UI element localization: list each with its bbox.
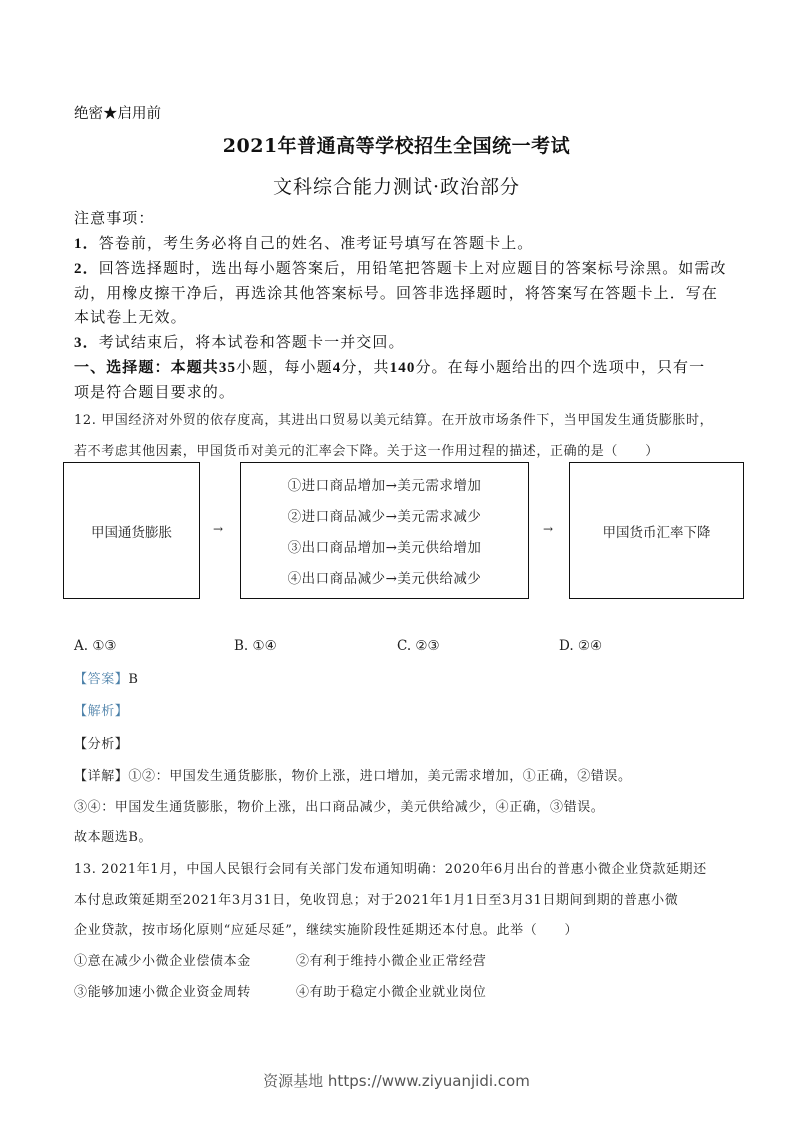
section-heading: 一、选择题：本题共35小题，每小题4分，共140分。在每小题给出的四个选项中，只… [74,356,705,377]
note-text: 答卷前，考生务必将自己的姓名、准考证号填写在答题卡上。 [99,234,534,252]
process-item-2: ②进口商品减少→美元需求减少 [288,505,482,525]
process-item-4: ④出口商品减少→美元供给减少 [288,567,482,587]
q13-stem-line1: 13. 2021年1月，中国人民银行会同有关部门发布通知明确：2020年6月出台… [74,858,707,877]
exam-subtitle: 文科综合能力测试·政治部分 [0,172,793,199]
question-count: 35 [219,360,236,376]
answer-line: 【答案】B [74,668,139,687]
diagram-box-result: 甲国货币汇率下降 [569,462,744,599]
arrow-right-icon: → [213,522,223,536]
q12-stem-line2: 若不考虑其他因素，甲国货币对美元的汇率会下降。关于这一作用过程的描述，正确的是（… [74,440,659,459]
note-number: 3． [74,335,99,351]
q12-stem-line1: 12. 甲国经济对外贸的依存度高，其进出口贸易以美元结算。在开放市场条件下，当甲… [74,409,713,428]
note-text: 回答选择题时，选出每小题答案后，用铅笔把答题卡上对应题目的答案标号涂黑。如需改 [99,259,727,277]
cause-text: 甲国通货膨胀 [91,521,172,541]
note-item-2-cont2: 本试卷上无效。 [74,306,187,327]
conclusion: 故本题选B。 [74,826,152,845]
option-a: A. ①③ [74,638,117,654]
answer-tag: 【答案】 [74,672,128,687]
answer-value: B [128,672,138,687]
analysis-tag: 【解析】 [74,700,128,719]
section-text: 小题，每小题 [236,358,333,376]
section-heading-cont: 项是符合题目要求的。 [74,381,235,402]
diagram-box-process: ①进口商品增加→美元需求增加 ②进口商品减少→美元需求减少 ③出口商品增加→美元… [240,462,529,599]
note-item-1: 1．答卷前，考生务必将自己的姓名、准考证号填写在答题卡上。 [74,232,533,253]
total-points: 140 [390,360,416,376]
note-item-3: 3．考试结束后，将本试卷和答题卡一并交回。 [74,331,405,352]
note-number: 2． [74,261,99,277]
detail-text: ①②：甲国发生通货膨胀，物价上涨，进口增加，美元需求增加，①正确，②错误。 [128,769,631,784]
note-text: 考试结束后，将本试卷和答题卡一并交回。 [99,333,405,351]
note-item-2: 2．回答选择题时，选出每小题答案后，用铅笔把答题卡上对应题目的答案标号涂黑。如需… [74,257,727,278]
watermark-footer: 资源基地 https://www.ziyuanjidi.com [0,1070,793,1091]
process-item-1: ①进口商品增加→美元需求增加 [288,474,482,494]
q13-statement-1: ①意在减少小微企业偿债本金 [74,950,251,969]
exam-title: 2021年普通高等学校招生全国统一考试 [0,131,793,158]
detail-line1: 【详解】①②：甲国发生通货膨胀，物价上涨，进口增加，美元需求增加，①正确，②错误… [74,765,632,784]
section-text: 分。在每小题给出的四个选项中，只有一 [415,358,705,376]
q13-statement-4: ④有助于稳定小微企业就业岗位 [296,981,486,1000]
q13-statement-2: ②有利于维持小微企业正常经营 [296,950,486,969]
section-text: 分，共 [341,358,389,376]
section-label: 一、选择题：本题共 [74,360,219,376]
detail-line2: ③④：甲国发生通货膨胀，物价上涨，出口商品减少，美元供给减少，④正确，③错误。 [74,796,604,815]
process-item-3: ③出口商品增加→美元供给增加 [288,536,482,556]
note-item-2-cont: 动，用橡皮擦干净后，再选涂其他答案标号。回答非选择题时，将答案写在答题卡上．写在 [74,282,718,303]
detail-tag: 【详解】 [74,769,128,784]
diagram-box-cause: 甲国通货膨胀 [63,462,200,599]
note-number: 1． [74,236,99,252]
q13-stem-line2: 本付息政策延期至2021年3月31日，免收罚息；对于2021年1月1日至3月31… [74,889,678,908]
option-b: B. ①④ [234,638,277,654]
notes-heading: 注意事项： [74,207,155,228]
option-c: C. ②③ [397,638,440,654]
option-d: D. ②④ [559,638,602,654]
q13-stem-line3: 企业贷款，按市场化原则“应延尽延”，继续实施阶段性延期还本付息。此举（ ） [74,919,578,938]
fenxi-tag: 【分析】 [74,733,128,752]
result-text: 甲国货币汇率下降 [603,521,711,541]
q13-statement-3: ③能够加速小微企业资金周转 [74,981,251,1000]
confidential-label: 绝密★启用前 [74,102,161,123]
arrow-right-icon: → [543,522,553,536]
